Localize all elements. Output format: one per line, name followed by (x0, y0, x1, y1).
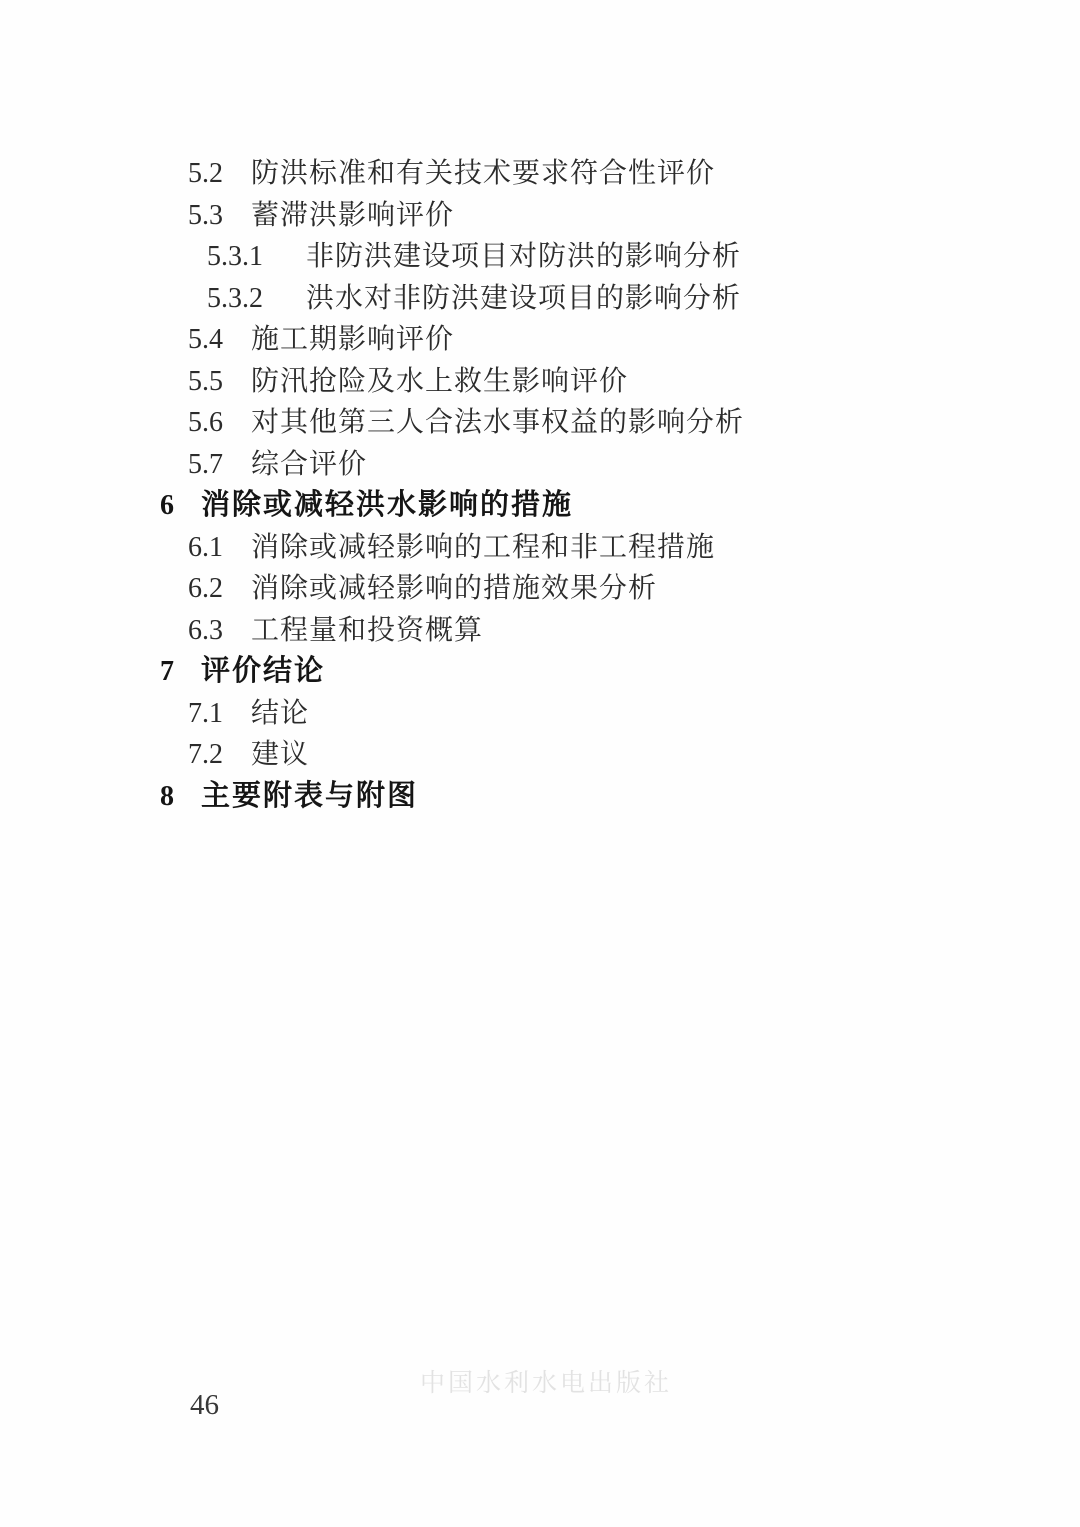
toc-chapter-title: 主要附表与附图 (201, 776, 418, 818)
toc-entry-6-1: 6.1 消除或减轻影响的工程和非工程措施 (0, 527, 1080, 569)
toc-entry-title: 蓄滞洪影响评价 (251, 195, 454, 237)
toc-entry-5-5: 5.5 防汛抢险及水上救生影响评价 (0, 361, 1080, 403)
toc-entry-title: 非防洪建设项目对防洪的影响分析 (306, 236, 741, 278)
toc-entry-number: 5.3.2 (207, 278, 306, 320)
toc-entry-5-3-2: 5.3.2 洪水对非防洪建设项目的影响分析 (0, 278, 1080, 320)
toc-entry-number: 6.3 (188, 610, 251, 652)
toc-entry-title: 防汛抢险及水上救生影响评价 (251, 361, 628, 403)
toc-chapter-number: 8 (160, 776, 201, 818)
toc-chapter-number: 7 (160, 651, 201, 693)
toc-entry-title: 消除或减轻影响的措施效果分析 (251, 568, 657, 610)
toc-entry-number: 5.6 (188, 402, 251, 444)
toc-entry-title: 防洪标准和有关技术要求符合性评价 (251, 153, 715, 195)
toc-entry-5-4: 5.4 施工期影响评价 (0, 319, 1080, 361)
toc-entry-title: 综合评价 (251, 444, 367, 486)
toc-entry-title: 结论 (251, 693, 309, 735)
toc-entry-title: 洪水对非防洪建设项目的影响分析 (306, 278, 741, 320)
toc-entry-7-1: 7.1 结论 (0, 693, 1080, 735)
toc-entry-number: 5.3 (188, 195, 251, 237)
toc-entry-number: 5.2 (188, 153, 251, 195)
toc-entry-5-3-1: 5.3.1 非防洪建设项目对防洪的影响分析 (0, 236, 1080, 278)
toc-chapter-title: 评价结论 (201, 651, 325, 693)
toc-entry-6-2: 6.2 消除或减轻影响的措施效果分析 (0, 568, 1080, 610)
toc-entry-title: 建议 (251, 734, 309, 776)
toc-entry-5-7: 5.7 综合评价 (0, 444, 1080, 486)
toc-entry-number: 5.3.1 (207, 236, 306, 278)
toc-entry-title: 工程量和投资概算 (251, 610, 483, 652)
toc-entry-6-3: 6.3 工程量和投资概算 (0, 610, 1080, 652)
toc-entry-title: 施工期影响评价 (251, 319, 454, 361)
toc-entry-5-2: 5.2 防洪标准和有关技术要求符合性评价 (0, 153, 1080, 195)
toc-entry-number: 7.1 (188, 693, 251, 735)
toc-entry-5-6: 5.6 对其他第三人合法水事权益的影响分析 (0, 402, 1080, 444)
page-number: 46 (190, 1389, 219, 1422)
table-of-contents: 5.2 防洪标准和有关技术要求符合性评价 5.3 蓄滞洪影响评价 5.3.1 非… (0, 153, 1080, 817)
toc-entry-number: 7.2 (188, 734, 251, 776)
toc-entry-number: 6.1 (188, 527, 251, 569)
toc-entry-title: 消除或减轻影响的工程和非工程措施 (251, 527, 715, 569)
toc-chapter-number: 6 (160, 485, 201, 527)
toc-entry-number: 5.5 (188, 361, 251, 403)
toc-entry-7-2: 7.2 建议 (0, 734, 1080, 776)
toc-chapter-8: 8 主要附表与附图 (0, 776, 1080, 818)
toc-entry-number: 5.7 (188, 444, 251, 486)
publisher-watermark: 中国水利水电出版社 (420, 1363, 672, 1399)
toc-chapter-6: 6 消除或减轻洪水影响的措施 (0, 485, 1080, 527)
toc-entry-number: 6.2 (188, 568, 251, 610)
toc-entry-title: 对其他第三人合法水事权益的影响分析 (251, 402, 744, 444)
toc-entry-5-3: 5.3 蓄滞洪影响评价 (0, 195, 1080, 237)
toc-entry-number: 5.4 (188, 319, 251, 361)
toc-chapter-7: 7 评价结论 (0, 651, 1080, 693)
toc-chapter-title: 消除或减轻洪水影响的措施 (201, 485, 573, 527)
document-page: 5.2 防洪标准和有关技术要求符合性评价 5.3 蓄滞洪影响评价 5.3.1 非… (0, 0, 1080, 1527)
